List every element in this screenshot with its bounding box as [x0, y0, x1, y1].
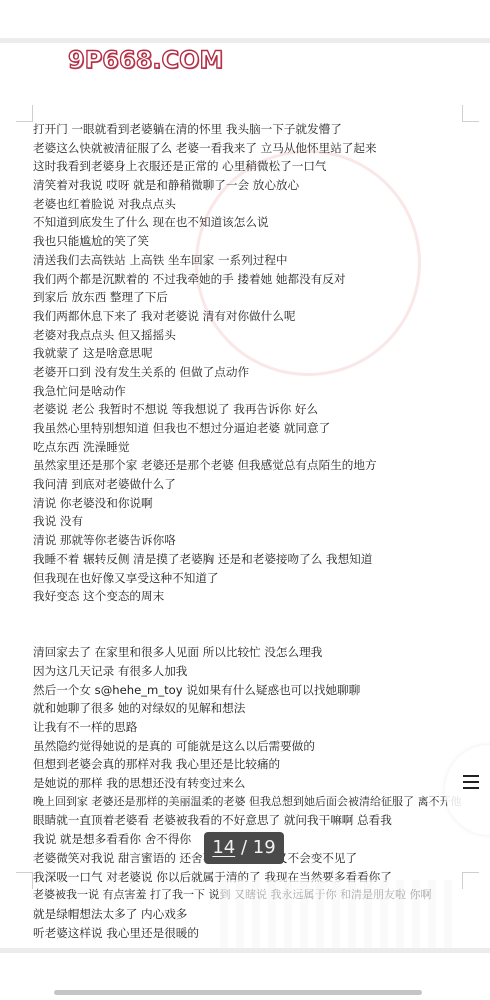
- text-line: 清说 那就等你老婆告诉你咯: [33, 531, 483, 550]
- text-line: 虽然隐约觉得她说的是真的 可能就是这么以后需要做的: [33, 737, 483, 756]
- blank-line: [33, 606, 483, 625]
- text-line: 因为这几天记录 有很多人加我: [33, 662, 483, 681]
- text-line: 是她说的那样 我的思想还没有转变过来么: [33, 774, 483, 793]
- text-line: 我们两都休息下来了 我对老婆说 清有对你做什么呢: [33, 307, 483, 326]
- text-line: 我问清 到底对老婆做什么了: [33, 475, 483, 494]
- text-line: 清送我们去高铁站 上高铁 坐车回家 一系列过程中: [33, 251, 483, 270]
- text-line: 老婆开口到 没有发生关系的 但做了点动作: [33, 363, 483, 382]
- total-pages: 19: [253, 837, 276, 858]
- text-line: 眼睛就一直顶着老婆看 老婆被我看的不好意思了 就问我干嘛啊 总看我: [33, 811, 483, 830]
- text-line: 我睡不着 辗转反侧 清是摸了老婆胸 还是和老婆接吻了么 我想知道: [33, 550, 483, 569]
- text-line: 我虽然心里特别想知道 但我也不想过分逼迫老婆 就同意了: [33, 419, 483, 438]
- horizontal-scrollbar[interactable]: [54, 990, 422, 995]
- text-line: 吃点东西 洗澡睡觉: [33, 438, 483, 457]
- page-indicator: 14 / 19: [204, 832, 284, 864]
- text-line: 老婆这么快就被清征服了么 老婆一看我来了 立马从他怀里站了起来: [33, 139, 483, 158]
- crop-mark-bottom-right: [462, 872, 479, 889]
- crop-mark-top-left: [16, 105, 33, 122]
- text-line: 我们两个都是沉默着的 不过我牵她的手 搂着她 她都没有反对: [33, 270, 483, 289]
- text-line: 不知道到底发生了什么 现在也不知道该怎么说: [33, 213, 483, 232]
- text-line: 打开门 一眼就看到老婆躺在清的怀里 我头脑一下子就发懵了: [33, 120, 483, 139]
- text-line: 清笑着对我说 哎呀 就是和静稍微聊了一会 放心放心: [33, 176, 483, 195]
- current-page-number: 14: [212, 837, 235, 858]
- hamburger-menu-icon[interactable]: [463, 775, 479, 789]
- text-line: 我也只能尴尬的笑了笑: [33, 232, 483, 251]
- text-line: 但我现在也好像又享受这种不知道了: [33, 569, 483, 588]
- text-line: 老婆说 老公 我暂时不想说 等我想说了 我再告诉你 好么: [33, 400, 483, 419]
- text-line: 然后一个女 s@hehe_m_toy 说如果有什么疑惑也可以找她聊聊: [33, 681, 483, 700]
- text-line: 让我有不一样的思路: [33, 718, 483, 737]
- watermark-logo: 9P668.COM: [68, 46, 223, 74]
- text-line: 但想到老婆会真的那样对我 我心里还是比较痛的: [33, 755, 483, 774]
- text-line: 我说 没有: [33, 512, 483, 531]
- text-line: 晚上回到家 老婆还是那样的美丽温柔的老婆 但我总想到她后面会被清给征服了 离不开…: [33, 793, 483, 812]
- text-line: 我就蒙了 这是啥意思呢: [33, 344, 483, 363]
- text-line: 老婆也红着脸说 对我点点头: [33, 195, 483, 214]
- text-line: 虽然家里还是那个家 老婆还是那个老婆 但我感觉总有点陌生的地方: [33, 456, 483, 475]
- text-line: 清回家去了 在家里和很多人见面 所以比较忙 没怎么理我: [33, 643, 483, 662]
- text-line: 老婆对我点点头 但又摇摇头: [33, 326, 483, 345]
- text-line: 这时我看到老婆身上衣服还是正常的 心里稍微松了一口气: [33, 157, 483, 176]
- page-separator-bottom: [0, 948, 490, 953]
- page-separator-top: [0, 38, 490, 43]
- text-line: 清说 你老婆没和你说啊: [33, 494, 483, 513]
- text-line: 我急忙问是啥动作: [33, 382, 483, 401]
- text-line: 到家后 放东西 整理了下后: [33, 288, 483, 307]
- text-line: 就和她聊了很多 她的对绿奴的见解和想法: [33, 699, 483, 718]
- next-page-ghost-text: [220, 880, 460, 950]
- blank-line: [33, 625, 483, 644]
- crop-mark-bottom-left: [16, 872, 33, 889]
- text-line: 我好变态 这个变态的周末: [33, 587, 483, 606]
- page-separator: /: [235, 837, 253, 858]
- viewer-top-area: [0, 0, 490, 40]
- document-text: 打开门 一眼就看到老婆躺在清的怀里 我头脑一下子就发懵了 老婆这么快就被清征服了…: [33, 120, 483, 942]
